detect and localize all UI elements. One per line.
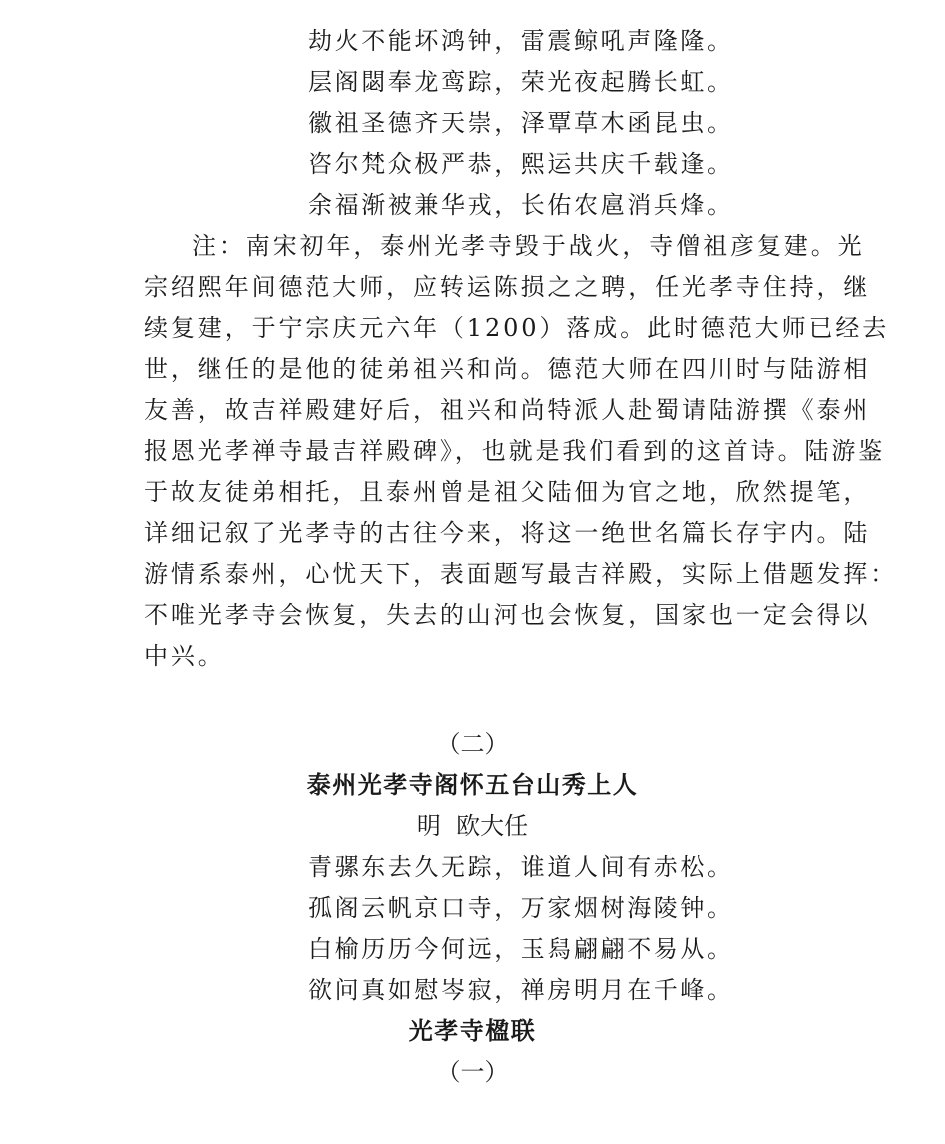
paragraph-line: 宗绍熙年间德范大师，应转运陈损之之聘，任光孝寺住持，继 — [144, 272, 804, 302]
section-number: （二） — [0, 729, 945, 759]
poem-line: 咨尔梵众极严恭，熙运共庆千载逢。 — [308, 149, 734, 179]
poem-author: 明 欧大任 — [0, 811, 945, 841]
poem-title: 泰州光孝寺阁怀五台山秀上人 — [0, 770, 945, 800]
poem-line: 劫火不能坏鸿钟，雷震鲸吼声隆隆。 — [308, 26, 734, 56]
paragraph-line: 世，继任的是他的徒弟祖兴和尚。德范大师在四川时与陆游相 — [144, 354, 804, 384]
poem-line: 欲问真如慰岑寂，禅房明月在千峰。 — [308, 975, 734, 1005]
section-heading: 光孝寺楹联 — [0, 1016, 945, 1046]
poem-line: 白榆历历今何远，玉舄翩翩不易从。 — [308, 934, 734, 964]
paragraph-line: 不唯光孝寺会恢复，失去的山河也会恢复，国家也一定会得以 — [144, 600, 804, 630]
poem-line: 孤阁云帆京口寺，万家烟树海陵钟。 — [308, 893, 734, 923]
paragraph-line: 详细记叙了光孝寺的古往今来，将这一绝世名篇长存宇内。陆 — [144, 518, 804, 548]
poem-line: 余福渐被兼华戎，长佑农扈消兵烽。 — [308, 190, 734, 220]
paragraph-line: 友善，故吉祥殿建好后，祖兴和尚特派人赴蜀请陆游撰《泰州 — [144, 395, 804, 425]
paragraph-line: 注：南宋初年，泰州光孝寺毁于战火，寺僧祖彦复建。光 — [192, 231, 804, 261]
paragraph-line: 续复建，于宁宗庆元六年（1200）落成。此时德范大师已经去 — [144, 313, 804, 343]
poem-line: 层阁閟奉龙鸾踪，荣光夜起腾长虹。 — [308, 67, 734, 97]
paragraph-line: 游情系泰州，心忧天下，表面题写最吉祥殿，实际上借题发挥： — [144, 559, 804, 589]
poem-line: 青骡东去久无踪，谁道人间有赤松。 — [308, 852, 734, 882]
paragraph-line: 报恩光孝禅寺最吉祥殿碑》，也就是我们看到的这首诗。陆游鉴 — [144, 436, 804, 466]
paragraph-line: 于故友徒弟相托，且泰州曾是祖父陆佃为官之地，欣然提笔， — [144, 477, 804, 507]
paragraph-line: 中兴。 — [144, 641, 804, 671]
section-number: （一） — [0, 1057, 945, 1087]
poem-line: 徽祖圣德齐天崇，泽覃草木函昆虫。 — [308, 108, 734, 138]
